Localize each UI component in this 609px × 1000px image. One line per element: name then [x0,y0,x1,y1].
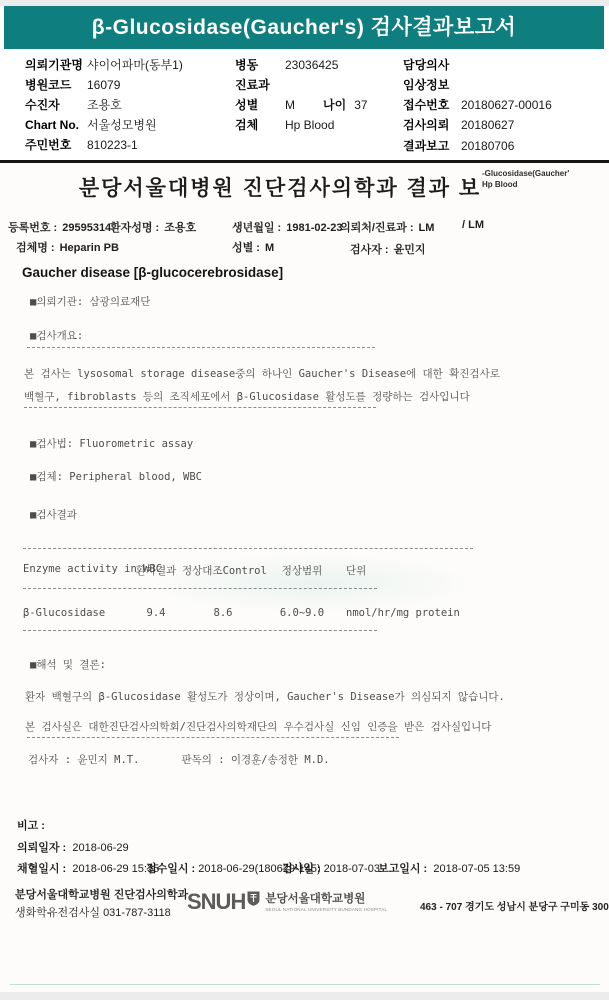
col-header: 정상대조Control [182,563,264,578]
result-unit: nmol/hr/mg protein [340,607,495,619]
examiner-field: 검사자 :윤민지 [350,241,426,257]
specimen-name-field: 검체명 :Heparin PB [16,239,119,255]
field-value: Hp Blood [285,118,334,132]
reviewer-name: 판독의 : 이경훈/송정한 M.D. [181,754,329,766]
field-label: 담당의사 [403,55,461,75]
tester-name: 검사자 : 윤민지 M.T. [28,754,139,766]
request-date-field: 의뢰일자 : 2018-06-29 [17,839,129,855]
col-header: 단위 [340,563,495,578]
field-label: 병동 [235,55,285,75]
field-label: 진료과 [235,75,285,95]
specimen-line: ■검체: Peripheral blood, WBC [30,469,202,484]
field-label: 수진자 [25,95,87,115]
dashed-divider [23,630,377,631]
patient-info-col2: 병동23036425 진료과 성별M나이37 검체Hp Blood [235,55,368,135]
requesting-agency-line: ■의뢰기관: 삼광의료재단 [30,294,150,309]
dashed-divider [27,737,399,738]
field-value: 23036425 [285,58,338,72]
info-row: 담당의사 [403,55,552,75]
scanned-report: 분당서울대병원 진단검사의학과 결과 보 -Glucosidase(Gauche… [0,163,609,992]
snuh-hospital-name: 분당서울대학교병원 [265,893,387,905]
field-label: 병원코드 [25,75,87,95]
conclusion-heading: ■해석 및 결론: [30,657,106,672]
overview-line1: 본 검사는 lysosomal storage disease중의 하나인 Ga… [24,366,500,381]
result-control-value: 8.6 [182,607,264,619]
info-row: 주민번호810223-1 [25,135,183,155]
col-header: 정상범위 [264,563,340,578]
info-row: 수진자조용호 [25,95,183,115]
footer-address: 463 - 707 경기도 성남시 분당구 구미동 300 [420,898,609,913]
scan-corner-note: -Glucosidase(Gaucher' Hp Blood [482,168,604,190]
patient-name-field: 환자성명 :조용호 [110,219,196,235]
dashed-divider [27,347,375,348]
patient-info-col1: 의뢰기관명샤이어파마(동부1) 병원코드16079 수진자조용호 Chart N… [25,55,183,155]
field-value: 조용호 [87,98,122,112]
footer-dept-line1: 분당서울대학교병원 진단검사의학과 [15,886,188,904]
footer-department: 분당서울대학교병원 진단검사의학과 생화학유전검사실 031-787-3118 [15,886,188,922]
field-label: 주민번호 [25,135,87,155]
info-row: 결과보고20180706 [403,136,552,156]
field-label: 의뢰기관명 [25,55,87,75]
result-heading: ■검사결과 [30,507,77,522]
info-row: 의뢰기관명샤이어파마(동부1) [25,55,183,75]
field-value: 서울성모병원 [87,118,157,132]
result-normal-range: 6.0~9.0 [264,607,340,619]
info-row: 접수번호20180627-00016 [403,95,552,115]
reg-no-field: 등록번호 :29595314 [8,219,111,235]
info-row: 임상정보 [403,75,552,95]
accreditation-text: 본 검사실은 대한진단검사의학회/진단검사의학재단의 우수검사실 신임 인증을 … [25,719,491,734]
overview-line2: 백혈구, fibroblasts 등의 조직세포에서 β-Glucosidase… [24,389,470,404]
field-label: 결과보고 [403,136,461,156]
test-name-title: Gaucher disease [β-glucocerebrosidase] [22,265,283,280]
result-patient-value: 9.4 [130,607,182,619]
patient-info-col3: 담당의사 임상정보 접수번호20180627-00016 검사의뢰2018062… [403,55,552,156]
col-header: Enzyme activity in WBC [23,563,130,578]
snuh-shield-icon [247,891,260,906]
field-value: 20180627 [461,118,514,132]
field-value: 샤이어파마(동부1) [87,58,183,72]
remark-field: 비고 : [17,817,45,833]
overview-heading: ■검사개요: [30,328,83,343]
report-title-bar: β-Glucosidase(Gaucher's) 검사결과보고서 [4,6,604,49]
info-row: 병원코드16079 [25,75,183,95]
results-table-row: β-Glucosidase 9.4 8.6 6.0~9.0 nmol/hr/mg… [23,607,495,619]
field-label: 검사의뢰 [403,115,461,135]
info-row: 검사의뢰20180627 [403,115,552,136]
snuh-hospital-subtext: SEOUL NATIONAL UNIVERSITY BUNDANG HOSPIT… [265,907,387,912]
corner-line1: -Glucosidase(Gaucher' [482,168,604,179]
field-label: 검체 [235,115,285,135]
sex-field: 성별 :M [232,239,274,255]
snuh-logo-text: SNUH [187,891,245,913]
conclusion-text: 환자 백혈구의 β-Glucosidase 활성도가 정상이며, Gaucher… [25,689,505,704]
dashed-divider [23,548,473,549]
referrer-field2: / LM [462,219,484,231]
snuh-logo: SNUH 분당서울대학교병원 SEOUL NATIONAL UNIVERSITY… [187,891,387,913]
result-analyte: β-Glucosidase [23,607,130,619]
info-row: 검체Hp Blood [235,115,368,135]
footer-dept-line2: 생화학유전검사실 031-787-3118 [15,904,188,922]
dashed-divider [23,588,377,589]
page-title: β-Glucosidase(Gaucher's) 검사결과보고서 [92,16,516,39]
field-label: 임상정보 [403,75,461,95]
bottom-window-strip [0,992,609,1000]
field-label: 접수번호 [403,95,461,115]
info-row: 성별M나이37 [235,95,368,115]
info-row: 진료과 [235,75,368,95]
field-label: Chart No. [25,115,87,135]
dashed-divider [24,407,376,408]
method-line: ■검사법: Fluorometric assay [30,436,193,451]
bottom-hairline [10,984,600,985]
test-date-field: 검사일 : 2018-07-03 [282,860,380,876]
report-page: β-Glucosidase(Gaucher's) 검사결과보고서 의뢰기관명샤이… [0,0,609,1000]
corner-line2: Hp Blood [482,179,604,190]
field-value: 20180627-00016 [461,98,552,112]
col-header: 환자결과 [130,563,182,578]
field-value: 20180706 [461,139,514,153]
info-row: Chart No.서울성모병원 [25,115,183,135]
info-row: 병동23036425 [235,55,368,75]
age-value: 37 [354,98,367,112]
report-datetime-field: 보고일시 : 2018-07-05 13:59 [378,860,520,876]
results-table-header: Enzyme activity in WBC 환자결과 정상대조Control … [23,563,495,578]
field-value: 810223-1 [87,138,138,152]
signers-line: 검사자 : 윤민지 M.T.판독의 : 이경훈/송정한 M.D. [28,752,330,767]
field-value: M [285,98,295,112]
field-label: 성별 [235,95,285,115]
referrer-field: 의뢰처/진료과 :LM [340,219,434,235]
birthdate-field: 생년월일 :1981-02-23 [232,219,343,235]
scan-watermark [140,553,480,613]
draw-datetime-field: 채혈일시 : 2018-06-29 15:35 [17,860,159,876]
field-value: 16079 [87,78,120,92]
scan-report-title: 분당서울대병원 진단검사의학과 결과 보 [0,172,560,202]
age-label: 나이 [323,98,346,112]
